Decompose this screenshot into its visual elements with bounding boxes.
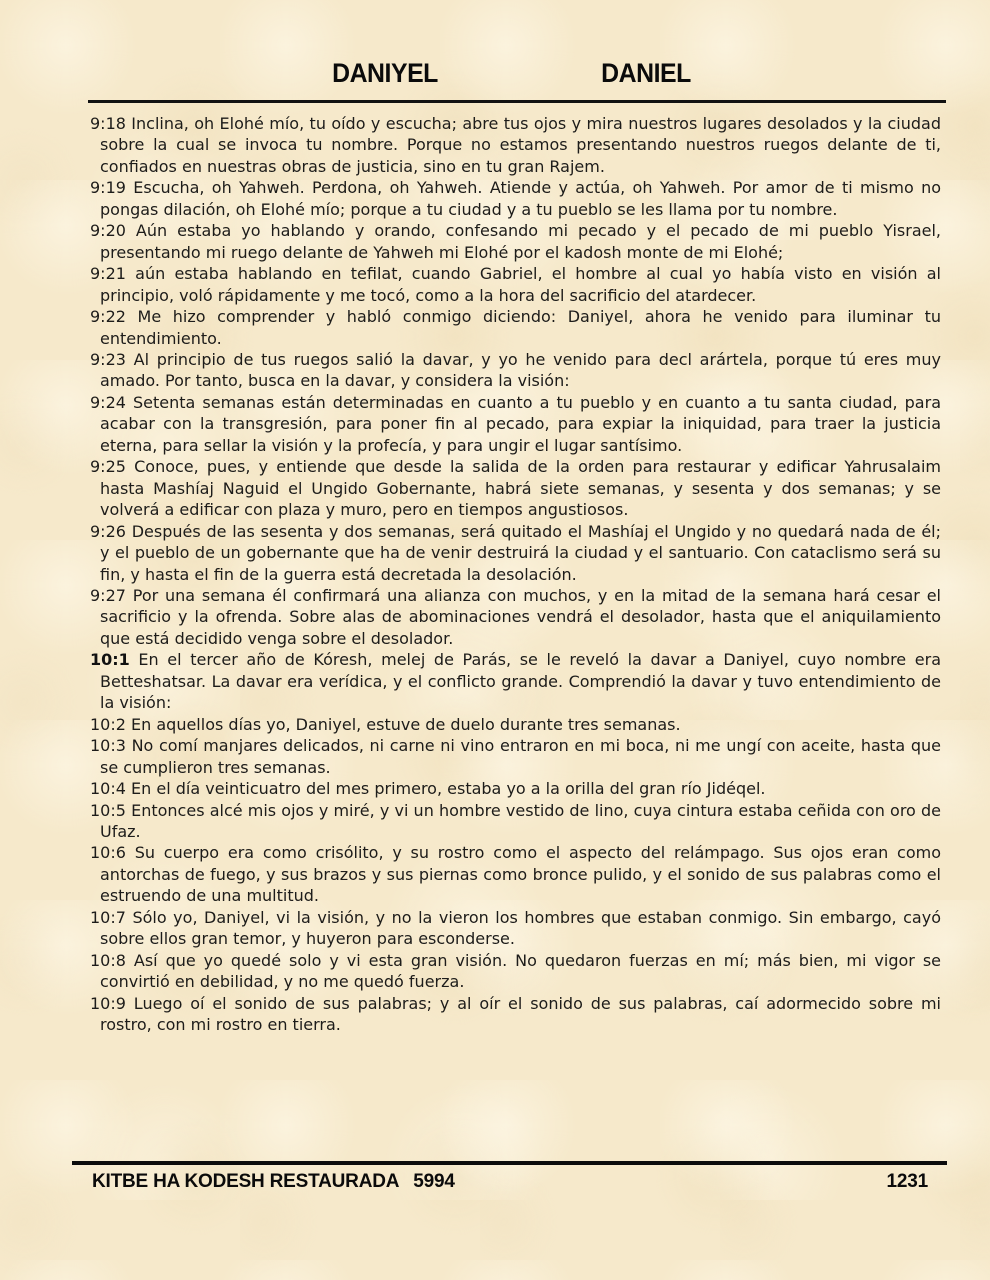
verse-text: Inclina, oh Elohé mío, tu oído y escucha… xyxy=(100,114,941,176)
verse-row: 9:24 Setenta semanas están determinadas … xyxy=(90,392,941,456)
verse-text: En el tercer año de Kóresh, melej de Par… xyxy=(100,650,941,712)
verse-number: 9:23 xyxy=(90,350,126,369)
footer-row: KITBE HA KODESH RESTAURADA 5994 1231 xyxy=(92,1171,928,1193)
verse-row: 10:7 Sólo yo, Daniyel, vi la visión, y n… xyxy=(90,907,941,950)
verse-row: 10:1 En el tercer año de Kóresh, melej d… xyxy=(90,649,941,713)
verse-number: 9:25 xyxy=(90,457,126,476)
verse-text: Conoce, pues, y entiende que desde la sa… xyxy=(100,457,941,519)
verse-number: 10:6 xyxy=(90,843,126,862)
verse-row: 9:19 Escucha, oh Yahweh. Perdona, oh Yah… xyxy=(90,177,941,220)
verse-row: 10:4 En el día veinticuatro del mes prim… xyxy=(90,778,941,799)
footer-rule xyxy=(72,1161,947,1165)
verse-number: 9:21 xyxy=(90,264,126,283)
verse-text: Así que yo quedé solo y vi esta gran vis… xyxy=(100,951,941,991)
verse-text: En el día veinticuatro del mes primero, … xyxy=(126,779,766,798)
book-page: DANIYEL DANIEL 9:18 Inclina, oh Elohé mí… xyxy=(0,0,990,1280)
verse-text: Escucha, oh Yahweh. Perdona, oh Yahweh. … xyxy=(100,178,941,218)
verse-row: 9:22 Me hizo comprender y habló conmigo … xyxy=(90,306,941,349)
verse-row: 9:27 Por una semana él confirmará una al… xyxy=(90,585,941,649)
verse-text: Aún estaba yo hablando y orando, confesa… xyxy=(100,221,941,261)
verse-row: 10:8 Así que yo quedé solo y vi esta gra… xyxy=(90,950,941,993)
verse-row: 9:23 Al principio de tus ruegos salió la… xyxy=(90,349,941,392)
verse-number: 10:9 xyxy=(90,994,126,1013)
verse-text: Me hizo comprender y habló conmigo dicie… xyxy=(100,307,941,347)
verse-text: Luego oí el sonido de sus palabras; y al… xyxy=(100,994,941,1034)
verse-row: 9:18 Inclina, oh Elohé mío, tu oído y es… xyxy=(90,113,941,177)
verse-row: 9:26 Después de las sesenta y dos semana… xyxy=(90,521,941,585)
verse-row: 9:25 Conoce, pues, y entiende que desde … xyxy=(90,456,941,520)
verse-text: Su cuerpo era como crisólito, y su rostr… xyxy=(100,843,941,905)
verse-row: 10:9 Luego oí el sonido de sus palabras;… xyxy=(90,993,941,1036)
page-number: 1231 xyxy=(887,1171,928,1193)
header-rule xyxy=(88,100,946,103)
verse-number: 10:3 xyxy=(90,736,126,755)
verse-number: 9:19 xyxy=(90,178,126,197)
footer-left: KITBE HA KODESH RESTAURADA 5994 xyxy=(92,1171,455,1193)
verse-row: 10:3 No comí manjares delicados, ni carn… xyxy=(90,735,941,778)
page-title-daniyel: DANIYEL xyxy=(332,58,438,89)
header-titles: DANIYEL DANIEL xyxy=(0,58,990,92)
verse-row: 10:6 Su cuerpo era como crisólito, y su … xyxy=(90,842,941,906)
verse-number: 10:7 xyxy=(90,908,126,927)
verse-text: Entonces alcé mis ojos y miré, y vi un h… xyxy=(100,801,941,841)
verse-list: 9:18 Inclina, oh Elohé mío, tu oído y es… xyxy=(90,113,941,1157)
verse-text: No comí manjares delicados, ni carne ni … xyxy=(100,736,941,776)
verse-number: 9:18 xyxy=(90,114,126,133)
verse-number: 10:8 xyxy=(90,951,126,970)
verse-number: 9:27 xyxy=(90,586,126,605)
verse-text: En aquellos días yo, Daniyel, estuve de … xyxy=(126,715,681,734)
verse-number: 9:22 xyxy=(90,307,126,326)
page-title-daniel: DANIEL xyxy=(601,58,691,89)
verse-number: 10:1 xyxy=(90,650,130,669)
verse-number: 10:5 xyxy=(90,801,126,820)
verse-row: 10:2 En aquellos días yo, Daniyel, estuv… xyxy=(90,714,941,735)
verse-text: Sólo yo, Daniyel, vi la visión, y no la … xyxy=(100,908,941,948)
footer-year: 5994 xyxy=(413,1171,454,1193)
verse-text: aún estaba hablando en tefilat, cuando G… xyxy=(100,264,941,304)
verse-row: 9:21 aún estaba hablando en tefilat, cua… xyxy=(90,263,941,306)
verse-text: Por una semana él confirmará una alianza… xyxy=(100,586,941,648)
book-label: KITBE HA KODESH RESTAURADA xyxy=(92,1171,399,1193)
verse-text: Después de las sesenta y dos semanas, se… xyxy=(100,522,941,584)
verse-row: 10:5 Entonces alcé mis ojos y miré, y vi… xyxy=(90,800,941,843)
verse-number: 10:4 xyxy=(90,779,126,798)
verse-text: Setenta semanas están determinadas en cu… xyxy=(100,393,941,455)
verse-number: 10:2 xyxy=(90,715,126,734)
verse-number: 9:26 xyxy=(90,522,126,541)
verse-number: 9:20 xyxy=(90,221,126,240)
verse-number: 9:24 xyxy=(90,393,126,412)
verse-row: 9:20 Aún estaba yo hablando y orando, co… xyxy=(90,220,941,263)
verse-text: Al principio de tus ruegos salió la dava… xyxy=(100,350,941,390)
